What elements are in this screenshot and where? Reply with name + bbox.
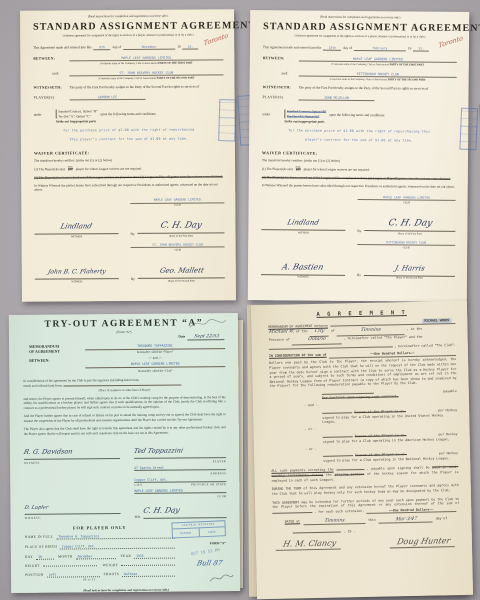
witnesseth-text: The party of the First Part hereby assig…: [299, 86, 457, 92]
waiver-item-2: (2) The Player(s) has been waived out of…: [262, 175, 456, 181]
day-value: 8th: [94, 45, 111, 50]
static-text: day of: [436, 517, 448, 521]
tryout-agreement-doc: TRY-OUT AGREEMENT “A” (Form “A”) Date Se…: [9, 313, 240, 593]
standard-assignment-agreement-left: (Read instructions for completion and re…: [20, 9, 236, 301]
static-text: 19: [408, 47, 411, 51]
under-suffix: upon the following terms and conditions:: [101, 111, 157, 115]
waiver-item-1: (1) The Player(s)is a(n) amat.prof. play…: [34, 165, 224, 172]
dated-line: DATED at Timmins this Mar 3/47 day of: [272, 516, 459, 526]
static-text: player for whom League waivers are not r…: [76, 166, 142, 170]
witnesseth-row: WITNESSETH: The party of the First Part …: [263, 85, 457, 91]
club-name-typed: MAPLE LEAF GARDENS LIMITED: [358, 195, 456, 201]
frac-bottom: prof.: [68, 170, 73, 172]
second-part-label: PARTY OF THE SECOND PART: [388, 78, 426, 81]
city-row: Copper Cliff, Ont.CITYPROVINCE OR STATE: [24, 477, 226, 488]
payment-clause-0: payable Per Contract upon signing such c…: [322, 388, 457, 401]
corp-note: (Corporate name of the Company, Club or …: [99, 77, 156, 80]
height-weight-row: HEIGHT WEIGHT: [25, 563, 175, 568]
consideration-body: Dollars now paid by the Club to the Play…: [269, 357, 457, 389]
birth-row: PLACE OF BIRTH Copper Cliff, Ont.: [25, 544, 175, 550]
month-value: December: [76, 554, 117, 559]
and-row: and: PITTSBURGH HOCKEY CLUB (Corporate n…: [263, 71, 457, 82]
player-label: PLAYER: [213, 459, 226, 463]
static-text: meals and railroad fare) from:: [23, 384, 62, 388]
name-row: NAME IN FULL Theodore A. Toppazzini: [25, 534, 175, 540]
first-part-label: PARTY OF THE FIRST PART: [158, 62, 192, 65]
struck-typed-text: playing portion: [335, 472, 365, 477]
amat-prof-fraction: amat.prof.: [295, 166, 300, 172]
doc-title: STANDARD ASSIGNMENT AGREEMENT: [33, 20, 223, 32]
static-text: , hereinafter called “The Club”.: [394, 343, 456, 349]
and-row: and: ST. JOHN BEAVERS HOCKEY CLUB (Corpo…: [33, 70, 223, 81]
all-payments-paragraph: ALL such payments excepting the , payabl…: [271, 464, 458, 483]
payment-clause-1: Season if the Player is as-per Hockey si…: [322, 407, 457, 424]
by-label: By: [357, 273, 361, 279]
first-part-sig-label: (Party of the First Part): [364, 232, 455, 236]
dated-label: DATED at: [285, 520, 300, 524]
waiver-item-1: (1) The Player(s)is a(n) amat.prof. play…: [262, 166, 456, 174]
date-row: Date Sept 22/53: [23, 334, 225, 342]
players-label: PLAYER(S): [262, 96, 298, 101]
witness-label: WITNESS: [35, 235, 119, 239]
memorandum-agreement-doc: A G R E E M E N T MEMORANDUM OF AGREEMEN…: [251, 301, 473, 599]
club-name-typed: MAPLE LEAF GARDENS LIMITED: [130, 198, 224, 204]
under-option-2: Try-Out “A”, Option “C”: [287, 114, 326, 118]
waiver-item-2: (2) The Player(s) has been waived out of…: [34, 174, 224, 180]
club-label: CLUB: [217, 494, 226, 498]
position-value: Left: [47, 572, 100, 577]
city-label: CITY: [134, 483, 142, 487]
club-label: CLUB: [357, 246, 455, 250]
and-label: and:: [33, 71, 69, 81]
day-label: DAY: [25, 554, 33, 558]
players-label: PLAYER(S): [34, 96, 70, 101]
under-option-2: Try-Out “A”, Option “C”: [58, 114, 97, 118]
paragraph-2: and return, the Player agrees to present…: [24, 395, 226, 410]
typed-terms-line-1: for the purchase price of $1.00 with the…: [262, 128, 456, 134]
second-part-label: PARTY OF THE SECOND PART: [157, 76, 195, 79]
first-part-signature: C. H. Day: [387, 219, 433, 228]
frac-bottom: prof.: [295, 170, 300, 172]
birth-label: PLACE OF BIRTH: [25, 545, 57, 549]
witness-signature: D. Lupler: [24, 505, 49, 511]
club-name-typed: PITTSBURGH HOCKEY CLUB: [357, 240, 455, 246]
by-label: By: [131, 277, 135, 283]
per-label: PER.: [135, 515, 141, 519]
paragraph-4: The Player also agrees that the Club sha…: [24, 426, 226, 437]
static-text: day of: [343, 46, 352, 50]
signature-block: MAPLE LEAF GARDENS LIMITEDCLUB LindlandW…: [34, 198, 225, 284]
month-value: February: [354, 46, 406, 51]
static-text: (1) The Player(s)is a(n): [34, 167, 65, 171]
second-party-value: ST. JOHN BEAVERS HOCKEY CLUB: [69, 70, 223, 77]
static-text: day of: [113, 45, 122, 49]
witness-clause: In Witness Whereof the parties hereto ha…: [262, 183, 456, 189]
static-text: signed to play for a Club operating in t…: [322, 413, 457, 425]
photo-background: (Read instructions for completion and re…: [0, 0, 480, 600]
height-label: HEIGHT: [25, 564, 40, 568]
name-value: Theodore A. Toppazzini: [56, 534, 174, 540]
handwritten-dated-date: Mar 3/47: [394, 517, 417, 522]
witness-signature: Lindland: [60, 224, 93, 231]
player-called-note: hereinafter called the “Player”: [85, 349, 225, 354]
or-separator: - or -: [305, 424, 458, 431]
during-term-paragraph: DURING THE TERM of this Agreement and an…: [272, 483, 459, 496]
first-part-label: PARTY OF THE FIRST PART: [390, 63, 424, 66]
club-name-typed: ST. JOHN BEAVERS HOCKEY CLUB: [131, 242, 225, 248]
paragraph-3: And the Player further agrees that in ca…: [24, 413, 226, 424]
for-player-only-heading: FOR PLAYER ONLY: [25, 524, 175, 530]
month-value: November: [123, 45, 175, 50]
day-value: 30: [36, 554, 54, 559]
witnesseth-text: The party of the First Part hereby assig…: [70, 85, 224, 91]
day-value: 18th: [323, 46, 341, 51]
witnesseth-label: WITNESSETH:: [34, 86, 70, 91]
club-label: CLUB: [130, 204, 224, 208]
handwritten-dated-place: Timmins: [323, 519, 344, 524]
static-text: player for whom League waivers are not r…: [304, 167, 370, 172]
witness-label: WITNESS:: [25, 515, 42, 519]
strike-note: Strike out inappropriate parts: [56, 118, 224, 123]
signature-row-2: D. LuplerWITNESS: MAPLE LEAF GARDENS LIM…: [24, 488, 226, 519]
instructions-line: (Read instructions for completion and re…: [263, 15, 457, 20]
witness-signature: Lindland: [287, 219, 320, 226]
static-text: Province of: [269, 337, 290, 342]
payment-clause-3: Season if the Player is as-per Hockey si…: [323, 451, 458, 464]
or-separator: - or -: [305, 444, 458, 451]
year-value: 1935: [134, 553, 175, 558]
static-text: This Agreement made and entered into thi…: [33, 45, 91, 49]
year-value: 51.: [183, 45, 199, 50]
club-called-note: hereinafter called the “Club”: [85, 368, 225, 373]
address-label: ADDRESS: [210, 471, 226, 475]
stamp-date-cell: DATE: [199, 527, 225, 536]
pencil-scribble-icon: [188, 315, 228, 331]
ink-stamp: [459, 108, 478, 151]
shoots-label: SHOOTS: [104, 572, 120, 576]
address-row: 47 Sparta StreetADDRESS: [24, 465, 226, 476]
players-row: PLAYER(S) JOHN MCLELLAN: [262, 96, 456, 103]
corp-note: (Corporate name of the Company, Club or …: [100, 62, 157, 65]
shoots-value: Defense: [122, 571, 175, 576]
date-value-handwritten: Sept 22/53: [187, 334, 225, 340]
handwritten-province: Ontario: [307, 336, 326, 343]
parties-block: MEMORANDUM OF AGREEMENT BETWEEN: THEODOR…: [23, 343, 225, 373]
club-signature: C. H. Day: [143, 505, 181, 514]
witness-label: WITNESS: [261, 275, 345, 279]
doc-title: STANDARD ASSIGNMENT AGREEMENT: [263, 21, 457, 34]
footer-instructions: (Read instructions for completion and re…: [25, 587, 227, 593]
waiver-intro: The transferor hereby certifies: (strike…: [262, 158, 456, 164]
second-part-signature: Geo. Mallett: [159, 267, 205, 274]
date-label: Date: [178, 334, 185, 338]
club-label: CLUB: [131, 248, 225, 252]
central-registry-stamp: CENTRAL REGISTRY PLAYERDATE: [171, 520, 226, 538]
typed-terms-line-2: player’s contract for the sum of $1.00 a…: [262, 137, 456, 143]
first-part-signature: C. H. Day: [159, 222, 202, 231]
doc-title: A G R E E M E N T: [268, 309, 455, 319]
second-part-signature: J. Harris: [394, 265, 425, 272]
signature-row-1: R. G. DavidsonWITNESS: Ted ToppazziniPLA…: [24, 439, 226, 464]
left-signature: H. M. Clancy: [276, 539, 343, 551]
static-text: 19: [177, 45, 180, 49]
witness-label: WITNESS:: [24, 461, 41, 465]
between-label: BETWEEN:: [33, 56, 69, 66]
static-text: , for: [314, 509, 324, 513]
static-text: each such extension,: [326, 509, 364, 514]
waiver-intro: The transferor hereby certifies: (strike…: [34, 157, 224, 163]
first-party-value: MAPLE LEAF GARDENS LIMITED: [69, 55, 223, 62]
static-text: , 19 .: [344, 529, 356, 533]
under-clause: under Standard Contract, Option “B” Try-…: [34, 109, 224, 119]
handwritten-place: Timmins: [360, 327, 382, 334]
extension-paragraph: THIS AGREEMENT may be extended for furth…: [272, 496, 459, 516]
between-row: BETWEEN: MAPLE LEAF GARDENS LIMITED (Cor…: [263, 56, 457, 67]
strike-note: Strike out inappropriate parts: [284, 119, 456, 125]
player-name-value: GORDON LEE: [70, 95, 146, 101]
signature-block: MAPLE LEAF GARDENS LIMITEDCLUB LindlandW…: [261, 194, 456, 280]
memo-label-2: OF AGREEMENT: [29, 350, 85, 356]
static-text: this: [368, 518, 376, 522]
right-signature: Doug Hunter: [390, 536, 458, 548]
second-part-sig-label: (Party of the Second Part): [138, 279, 225, 283]
witness-signature: A. Bastien: [281, 263, 324, 271]
handwritten-name: Michael W.: [268, 329, 295, 336]
stamp-player-cell: PLAYER: [173, 528, 200, 537]
payment-clause-2: Season if the Player is as-per Hockey si…: [323, 431, 458, 444]
birth-value: Copper Cliff, Ont.: [60, 544, 175, 550]
player-name-value: JOHN MCLELLAN: [298, 96, 374, 102]
player-name-typed: MICHAEL WOODS: [422, 318, 451, 323]
second-part-sig-label: (Party of the Second Part): [364, 276, 455, 280]
witness-clause: In Witness Whereof the parties hereto ha…: [34, 182, 224, 192]
agreement-date-line: This Agreement made and entered into thi…: [263, 45, 457, 52]
instructions-line: (Read instructions for completion and re…: [33, 14, 223, 19]
witness-label: WITNESS: [35, 280, 119, 284]
under-clause: under Standard Contract, Option “B” Try-…: [262, 110, 456, 120]
static-text: , hereinafter called “The Player” and th…: [344, 334, 423, 340]
name-label: NAME IN FULL: [25, 535, 54, 539]
province-label: PROVINCE OR STATE: [191, 482, 226, 486]
static-text: of the: [296, 329, 308, 334]
witness-signature: John B. C. Flaherty: [47, 269, 106, 275]
static-text: This Agreement made and entered into thi…: [263, 45, 321, 50]
weight-label: WEIGHT: [103, 563, 119, 567]
corp-note: (Corporate name of the Company, Club or …: [331, 63, 388, 67]
first-part-sig-label: (Party of the First Part): [138, 234, 225, 238]
doc-subtitle: (Uniform agreement for assignment of the…: [49, 33, 207, 38]
ink-scribble: Bull 87: [196, 559, 223, 567]
form-a-label: FORM “A”: [210, 541, 226, 545]
signature-row: H. M. Clancy Doug Hunter: [273, 536, 460, 551]
witnesseth-label: WITNESSETH:: [263, 85, 299, 90]
between-label: BETWEEN:: [263, 56, 299, 66]
static-text: (1) The Player(s)is a(n): [262, 167, 293, 171]
by-label: By: [357, 229, 361, 235]
standard-assignment-agreement-right: (Read instructions for completion and re…: [248, 10, 470, 302]
waiver-heading: WAIVER CERTIFICATE:: [262, 150, 456, 157]
r-or-l-note: (R or L): [83, 578, 95, 581]
consideration-lead: IN CONSIDERATION OF the sum of: [269, 353, 327, 359]
extension-amount: ——One Hundred Dollars——: [366, 507, 456, 515]
static-text: the: [326, 473, 332, 477]
static-text: of: [331, 328, 335, 333]
date-stamp: OCT 19 53 PM: [191, 547, 220, 556]
witness-signature: R. G. Davidson: [23, 448, 73, 456]
position-label: POSITION: [25, 572, 44, 576]
month-label: MONTH: [58, 554, 72, 558]
and-separator: — and —: [85, 355, 225, 360]
under-suffix: upon the following terms and conditions:: [329, 112, 385, 116]
corp-note: (Corporate name of the Company, Club or …: [330, 78, 387, 82]
and-label: and:: [263, 71, 299, 81]
typed-terms-line-1: for the purchase price of $1.00 with the…: [34, 127, 224, 132]
by-label: By: [131, 232, 135, 238]
player-signature: Ted Toppazzini: [133, 447, 184, 455]
agreement-date-line: This Agreement made and entered into thi…: [33, 45, 223, 51]
amat-prof-fraction: amat.prof.: [68, 166, 73, 172]
witness-label: WITNESS: [261, 231, 345, 235]
witnesseth-row: WITNESSETH: The party of the First Part …: [34, 85, 224, 91]
year-label: YEAR: [120, 553, 131, 557]
doc-subtitle: (Uniform agreement for assignment of the…: [281, 34, 439, 39]
under-label: under: [34, 112, 56, 116]
year-value: 52.: [413, 47, 429, 52]
under-label: under: [262, 112, 284, 116]
between-label: BETWEEN:: [29, 358, 85, 364]
between-row: BETWEEN: MAPLE LEAF GARDENS LIMITED (Cor…: [33, 55, 223, 66]
club-label: CLUB: [358, 201, 456, 205]
waiver-heading: WAIVER CERTIFICATE:: [34, 149, 224, 155]
birthdate-row: DAY30 MONTHDecember YEAR1935: [25, 553, 175, 559]
handwritten-city-word: City: [314, 329, 325, 336]
static-text: , in the: [407, 327, 422, 332]
players-row: PLAYER(S) GORDON LEE: [34, 95, 224, 101]
pencil-scribble-icon: [208, 571, 234, 585]
typed-terms-line-2: this player’s contract for the sum of $1…: [34, 136, 224, 141]
and-separator: - and -: [304, 400, 457, 407]
static-text: payable: [443, 389, 457, 394]
